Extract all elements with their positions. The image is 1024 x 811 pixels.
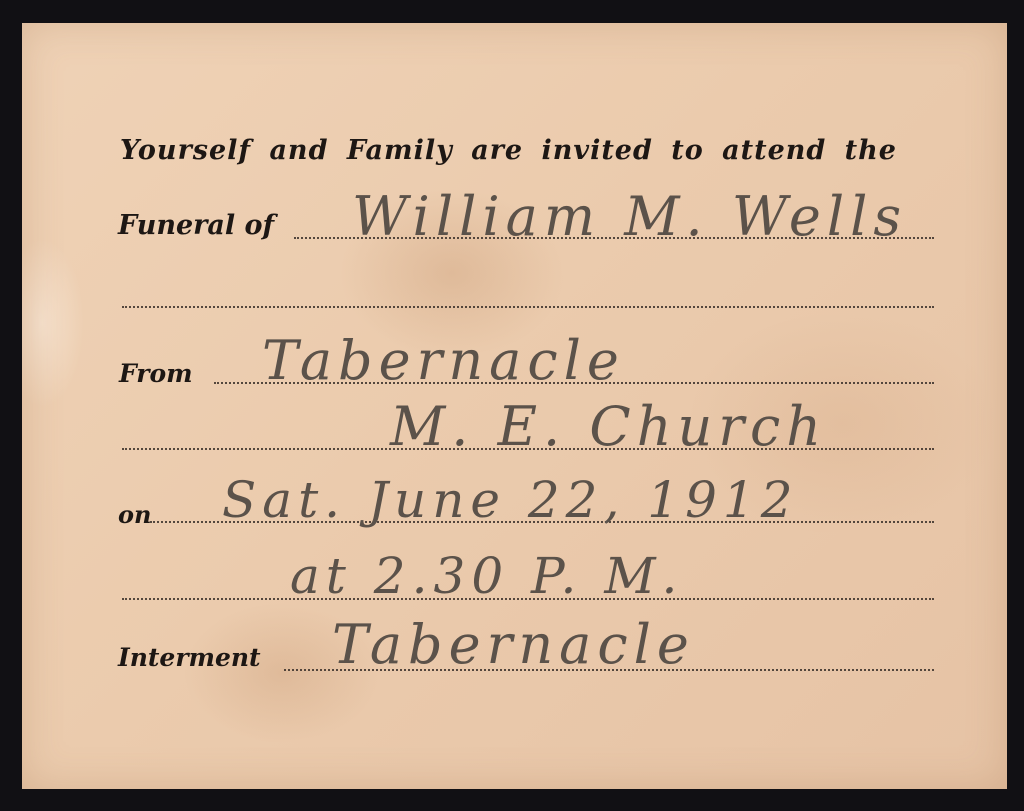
on-label: on bbox=[118, 500, 151, 529]
interment-location: Tabernacle bbox=[332, 613, 695, 676]
from-label: From bbox=[119, 359, 193, 388]
funeral-date: Sat. June 22, 1912 bbox=[222, 471, 799, 529]
interment-label: Interment bbox=[118, 643, 261, 672]
blank-dotted-line bbox=[122, 306, 934, 308]
funeral-invitation-card: Yourself and Family are invited to atten… bbox=[22, 23, 1007, 789]
funeral-of-label: Funeral of bbox=[118, 210, 274, 241]
from-location-line2: M. E. Church bbox=[390, 395, 827, 458]
funeral-time: at 2.30 P. M. bbox=[290, 547, 683, 605]
deceased-name: William M. Wells bbox=[352, 185, 907, 248]
invitation-heading: Yourself and Family are invited to atten… bbox=[120, 135, 897, 166]
from-location-line1: Tabernacle bbox=[262, 329, 625, 392]
